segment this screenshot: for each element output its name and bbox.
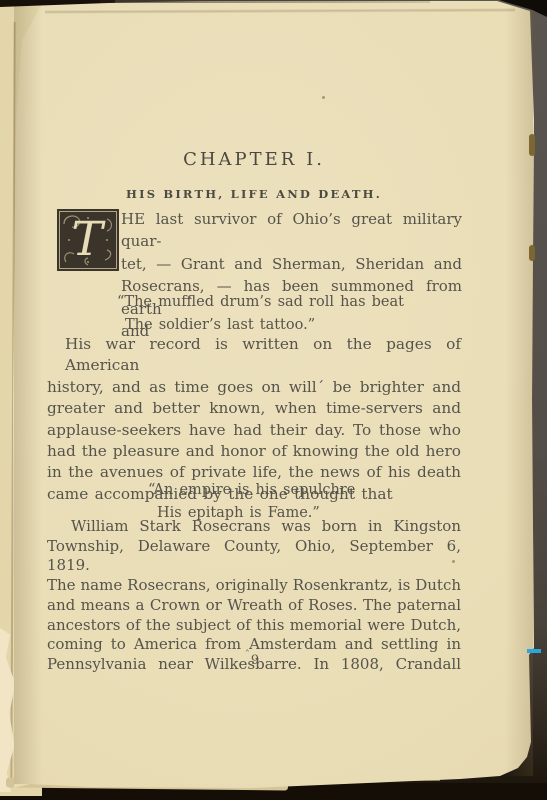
blue-mark-artifact <box>527 649 541 653</box>
text-line: had the pleasure and honor of knowing th… <box>47 441 461 462</box>
scan-top-crack-shadow <box>100 0 430 3</box>
page-number-artifact: ˆ <box>245 650 250 661</box>
scanned-book-page: CHAPTER I. HIS BIRTH, LIFE AND DEATH. T <box>0 0 547 800</box>
chapter-subheading: HIS BIRTH, LIFE AND DEATH. <box>47 187 461 201</box>
text-line: “An empire is his sepulchre <box>148 479 468 502</box>
text-line: and means a Crown or Wreath of Roses. Th… <box>47 596 461 616</box>
text-line: greater and better known, when time-serv… <box>47 398 461 419</box>
text-line: HE last survivor of Ohio’s great militar… <box>121 208 462 253</box>
text-line: William Stark Rosecrans was born in King… <box>47 517 461 537</box>
text-line: His war record is written on the pages o… <box>47 334 461 377</box>
page-number-value: 9 <box>251 653 259 668</box>
drop-cap-initial: T <box>57 209 119 271</box>
drop-cap-ornament: T <box>57 209 119 271</box>
text-line: The name Rosecrans, originally Rosenkran… <box>47 576 461 596</box>
right-edge-bump <box>529 245 535 261</box>
verse-quote-drum: “The muffled drum’s sad roll has beatThe… <box>117 291 457 337</box>
text-line: applause-seekers have had their day. To … <box>47 420 461 441</box>
chapter-heading: CHAPTER I. <box>47 149 461 170</box>
text-line: ancestors of the subject of this memoria… <box>47 616 461 636</box>
text-line: tet, — Grant and Sherman, Sheridan and <box>121 253 462 275</box>
drop-cap-letter: T <box>71 212 106 267</box>
text-line: Township, Delaware County, Ohio, Septemb… <box>47 537 461 576</box>
page-number: ˆ9 <box>230 650 274 668</box>
text-line: history, and as time goes on will´ be br… <box>47 377 461 398</box>
printed-content: CHAPTER I. HIS BIRTH, LIFE AND DEATH. T <box>0 0 547 800</box>
right-edge-bump <box>529 134 535 156</box>
text-line: “The muffled drum’s sad roll has beat <box>117 291 457 314</box>
